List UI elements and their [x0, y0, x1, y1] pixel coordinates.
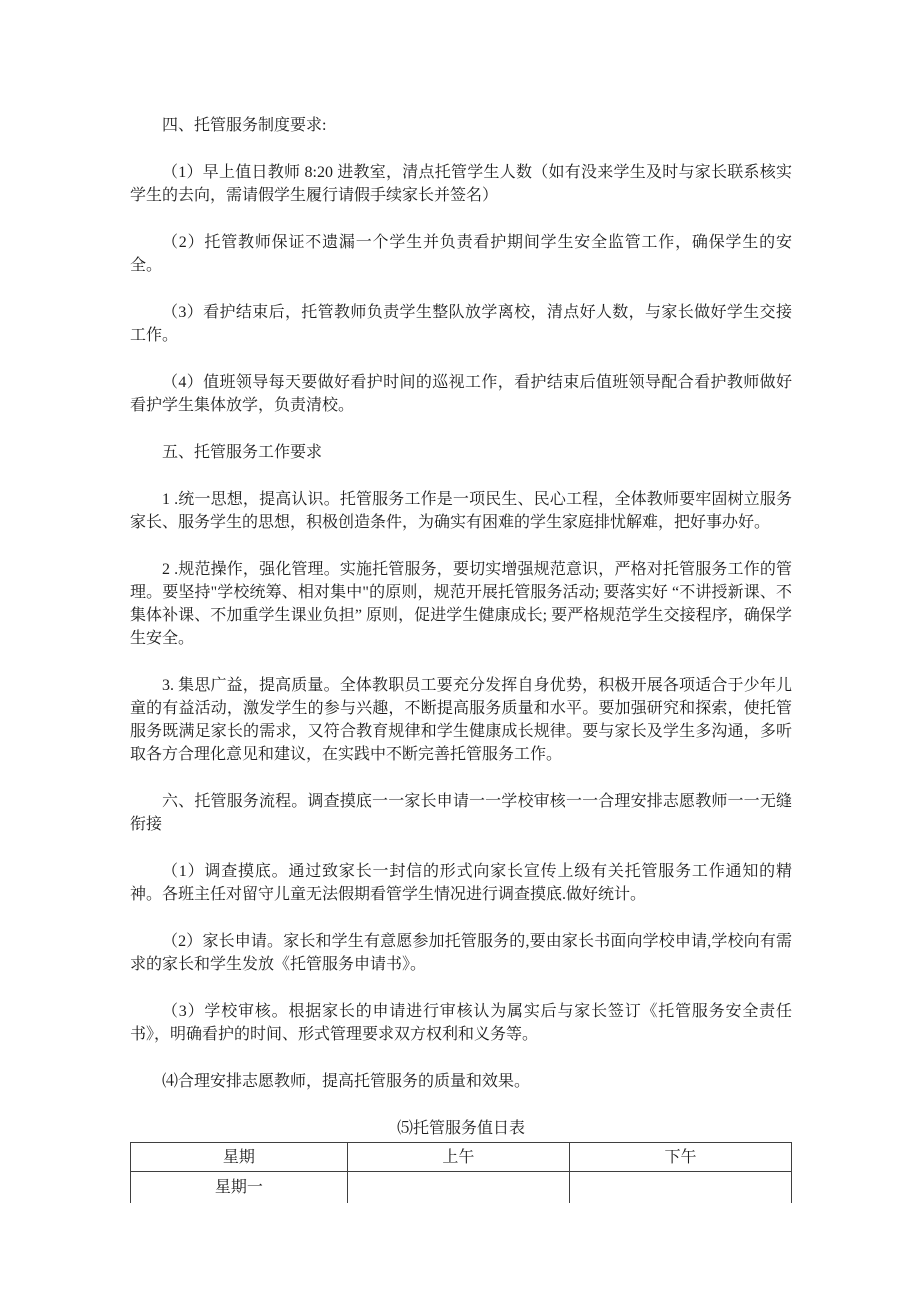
section-5-item-2: 2 .规范操作，强化管理。实施托管服务，要切实增强规范意识，严格对托管服务工作的…: [130, 558, 792, 650]
duty-table-header-row: 星期 上午 下午: [131, 1143, 792, 1172]
document-page: 四、托管服务制度要求: （1）早上值日教师 8:20 进教室，清点托管学生人数（…: [0, 0, 920, 1301]
section-6-item-2: （2）家长申请。家长和学生有意愿参加托管服务的,要由家长书面向学校申请,学校向有…: [130, 930, 792, 976]
section-5-item-3: 3. 集思广益，提高质量。全体教职员工要充分发挥自身优势，积极开展各项适合于少年…: [130, 674, 792, 766]
duty-table-row-monday: 星期一: [131, 1172, 792, 1203]
duty-schedule-table: 星期 上午 下午 星期一: [130, 1142, 792, 1203]
duty-table-cell-morning: [347, 1172, 569, 1203]
section-4-heading: 四、托管服务制度要求:: [130, 114, 792, 137]
duty-table-cell-afternoon: [569, 1172, 791, 1203]
section-5-heading: 五、托管服务工作要求: [130, 441, 792, 464]
duty-table-header-afternoon: 下午: [569, 1143, 791, 1172]
section-6-heading: 六、托管服务流程。调查摸底一一家长申请一一学校审核一一合理安排志愿教师一一无缝衔…: [130, 790, 792, 836]
duty-table-title: ⑸托管服务值日表: [130, 1117, 792, 1140]
section-4-item-2: （2）托管教师保证不遗漏一个学生并负责看护期间学生安全监管工作，确保学生的安全。: [130, 231, 792, 277]
duty-table-header-weekday: 星期: [131, 1143, 348, 1172]
section-6-item-4: ⑷合理安排志愿教师，提高托管服务的质量和效果。: [130, 1070, 792, 1093]
section-5-item-1: 1 .统一思想，提高认识。托管服务工作是一项民生、民心工程，全体教师要牢固树立服…: [130, 488, 792, 534]
duty-table-header-morning: 上午: [347, 1143, 569, 1172]
section-6-item-3: （3）学校审核。根据家长的申请进行审核认为属实后与家长签订《托管服务安全责任书》…: [130, 1000, 792, 1046]
section-4-item-1: （1）早上值日教师 8:20 进教室，清点托管学生人数（如有没来学生及时与家长联…: [130, 161, 792, 207]
section-6-item-1: （1）调查摸底。通过致家长一封信的形式向家长宣传上级有关托管服务工作通知的精神。…: [130, 860, 792, 906]
section-4-item-4: （4）值班领导每天要做好看护时间的巡视工作，看护结束后值班领导配合看护教师做好看…: [130, 371, 792, 417]
duty-table-cell-weekday: 星期一: [131, 1172, 348, 1203]
section-4-item-3: （3）看护结束后，托管教师负责学生整队放学离校，清点好人数，与家长做好学生交接工…: [130, 301, 792, 347]
